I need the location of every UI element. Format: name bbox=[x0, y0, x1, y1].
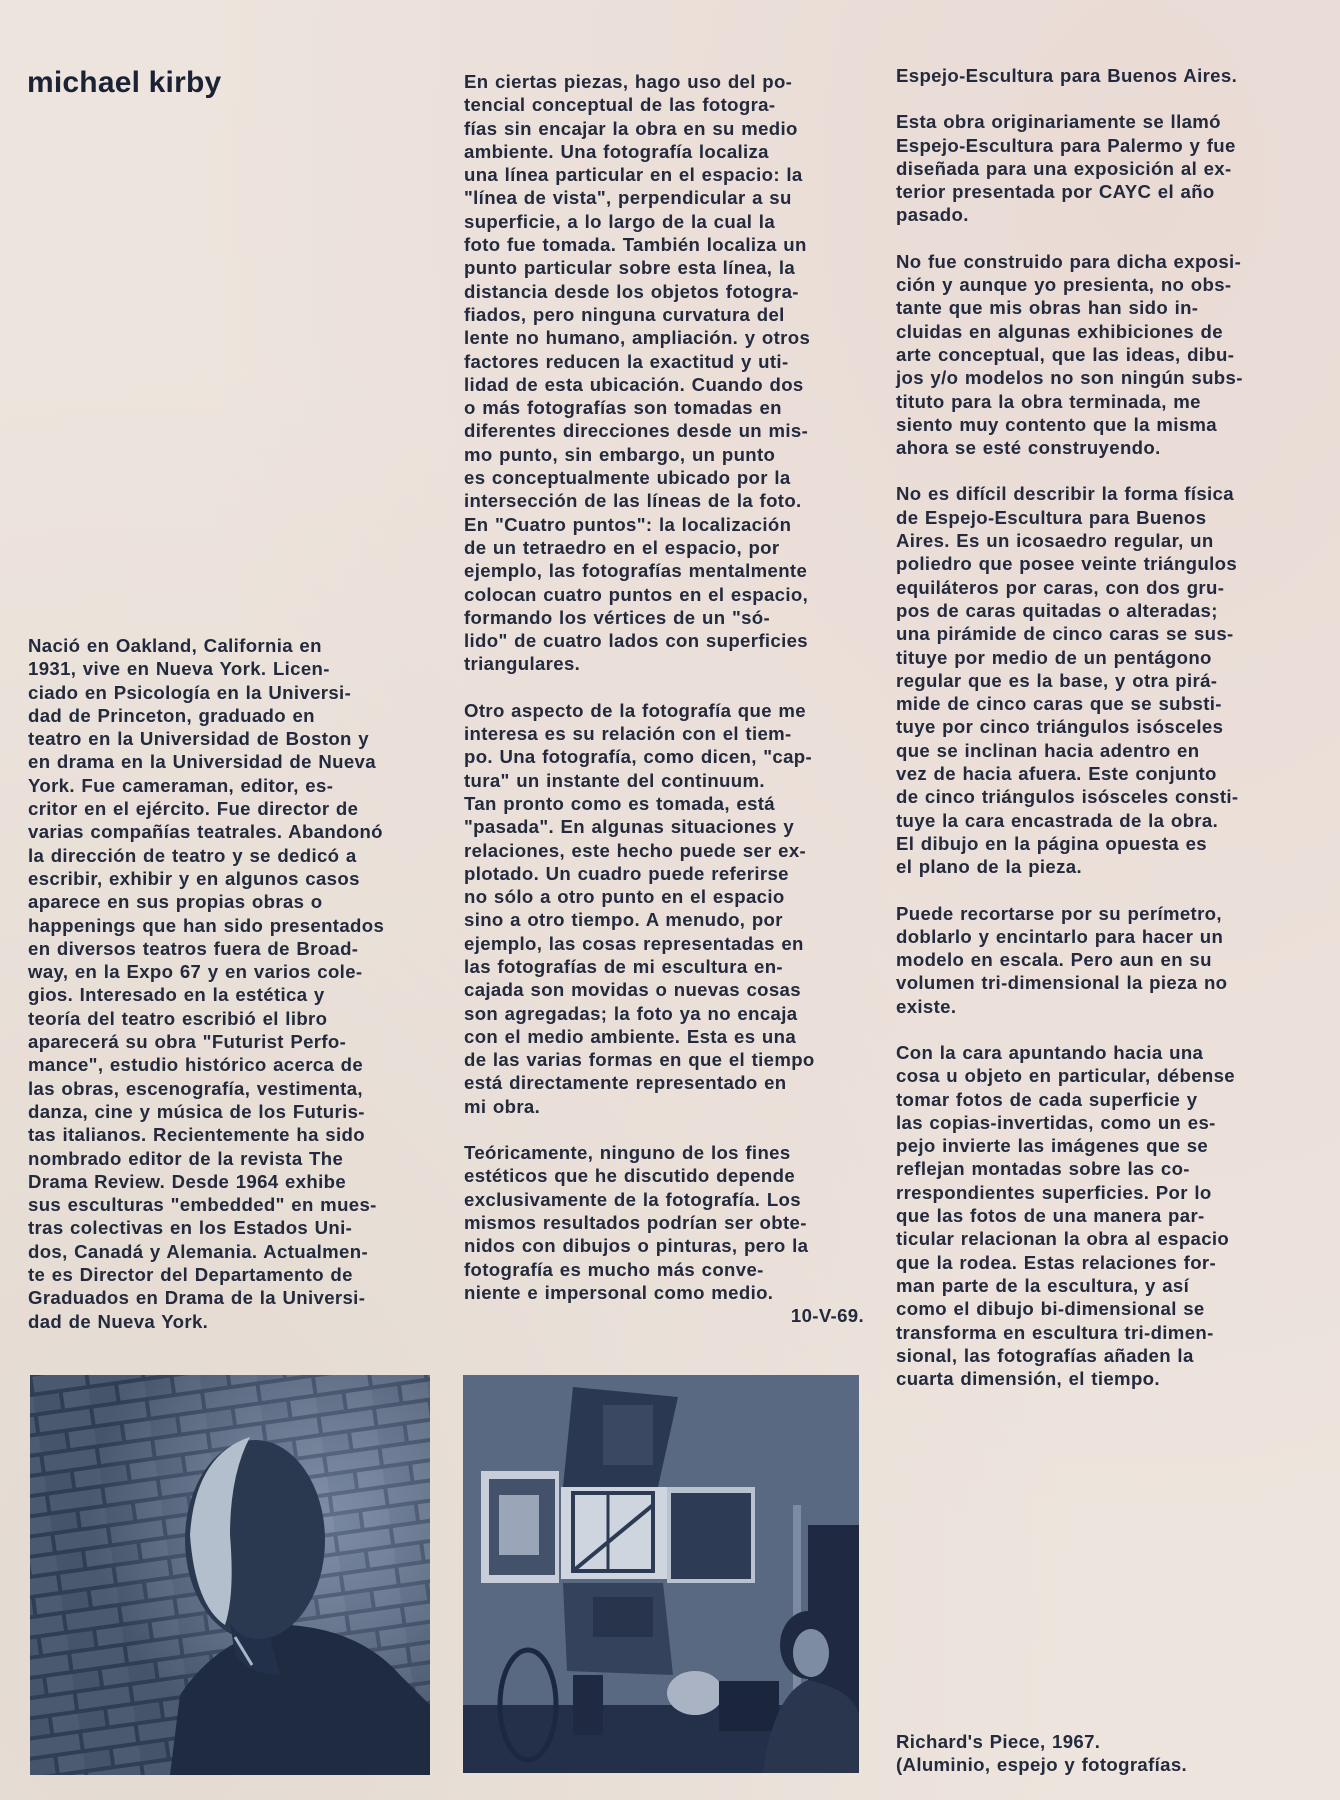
sculpture-photo bbox=[463, 1375, 859, 1773]
description-paragraph-3: No es difícil describir la forma física … bbox=[896, 482, 1316, 878]
description-paragraph-2: No fue construido para dicha exposi- ció… bbox=[896, 250, 1316, 460]
statement-paragraph-3: Teóricamente, ninguno de los fines estét… bbox=[464, 1141, 876, 1304]
statement-paragraph-1: En ciertas piezas, hago uso del po- tenc… bbox=[464, 70, 876, 676]
statement-column: En ciertas piezas, hago uso del po- tenc… bbox=[464, 70, 876, 1327]
description-paragraph-1: Esta obra originariamente se llamó Espej… bbox=[896, 110, 1316, 226]
author-title: michael kirby bbox=[27, 66, 221, 100]
bio-paragraph: Nació en Oakland, California en 1931, vi… bbox=[28, 634, 438, 1333]
description-paragraph-4: Puede recortarse por su perímetro, dobla… bbox=[896, 902, 1316, 1018]
magazine-page: michael kirby Nació en Oakland, Californ… bbox=[0, 0, 1340, 1800]
description-paragraph-5: Con la cara apuntando hacia una cosa u o… bbox=[896, 1041, 1316, 1390]
caption-materials: (Aluminio, espejo y fotografías. bbox=[896, 1753, 1316, 1776]
bio-column: Nació en Oakland, California en 1931, vi… bbox=[28, 634, 438, 1333]
dateline: 10-V-69. bbox=[464, 1304, 876, 1327]
portrait-photo bbox=[30, 1375, 430, 1775]
sculpture-description-column: Espejo-Escultura para Buenos Aires. Esta… bbox=[896, 64, 1316, 1413]
sculpture-illustration-icon bbox=[463, 1375, 859, 1773]
section-heading: Espejo-Escultura para Buenos Aires. bbox=[896, 64, 1316, 87]
caption-title: Richard's Piece, 1967. bbox=[896, 1730, 1316, 1753]
portrait-illustration-icon bbox=[30, 1375, 430, 1775]
sculpture-caption: Richard's Piece, 1967. (Aluminio, espejo… bbox=[896, 1730, 1316, 1777]
statement-paragraph-2: Otro aspecto de la fotografía que me int… bbox=[464, 699, 876, 1118]
